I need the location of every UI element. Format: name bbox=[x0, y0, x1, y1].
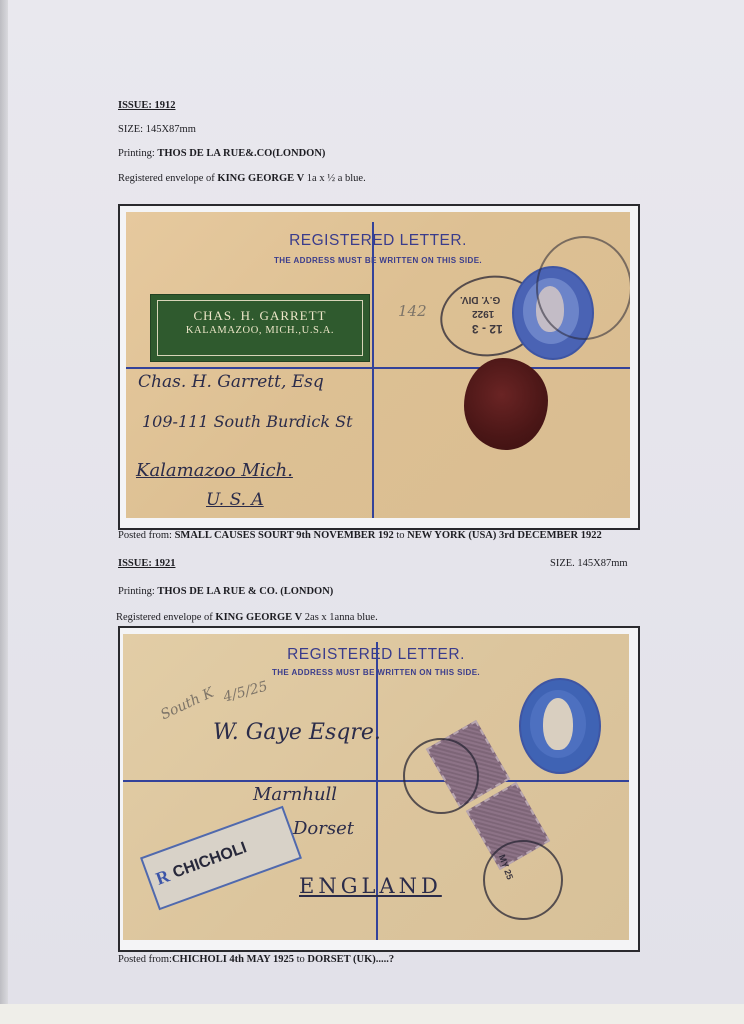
sender-label-border: CHAS. H. GARRETT KALAMAZOO, MICH.,U.S.A. bbox=[157, 300, 363, 356]
printing-label: Printing: bbox=[118, 148, 157, 159]
scan-edge bbox=[0, 0, 8, 1004]
registration-label: R CHICHOLI bbox=[140, 806, 302, 911]
address-line-1: W. Gaye Esqre. bbox=[213, 720, 381, 745]
posted-to: NEW YORK (USA) bbox=[407, 530, 496, 541]
envelope-1912: REGISTERED LETTER. THE ADDRESS MUST BE W… bbox=[126, 212, 630, 518]
blue-cross-horizontal bbox=[123, 780, 629, 782]
desc-bold: KING GEORGE V bbox=[215, 612, 302, 623]
issue-heading-1: ISSUE: 1912 bbox=[118, 100, 175, 111]
envelope-1921: REGISTERED LETTER. THE ADDRESS MUST BE W… bbox=[123, 634, 629, 940]
address-line-2: Marnhull bbox=[253, 784, 337, 805]
sender-name: CHAS. H. GARRETT bbox=[158, 308, 362, 324]
wax-seal bbox=[464, 358, 548, 450]
printing-value: THOS DE LA RUE & CO. (LONDON) bbox=[157, 586, 333, 597]
size-text-2: SIZE. 145X87mm bbox=[550, 558, 628, 569]
desc-suffix: 2as x 1anna blue. bbox=[302, 612, 378, 623]
printing-value: THOS DE LA RUE&.CO(LONDON) bbox=[157, 148, 325, 159]
printing-line-2: Printing: THOS DE LA RUE & CO. (LONDON) bbox=[118, 586, 333, 597]
pencil-note-2: 4/5/25 bbox=[222, 678, 270, 705]
address-line-3: Kalamazoo Mich. bbox=[136, 460, 293, 481]
king-george-portrait bbox=[543, 698, 573, 750]
address-line-2: 109-111 South Burdick St bbox=[142, 412, 353, 431]
issue-heading-2: ISSUE: 1921 bbox=[118, 558, 175, 569]
desc-prefix: Registered envelope of bbox=[118, 173, 217, 184]
posted-to-word: to bbox=[294, 954, 307, 965]
address-line-3: Dorset bbox=[293, 818, 354, 839]
posted-prefix: Posted from: bbox=[118, 530, 175, 541]
posted-arrival: 3rd DECEMBER 1922 bbox=[496, 530, 601, 541]
postmark-arrival-1 bbox=[403, 738, 479, 814]
postmark-date: 12 - 3 bbox=[472, 322, 503, 336]
posted-prefix: Posted from: bbox=[118, 954, 172, 965]
posted-from: SMALL CAUSES SOURT 9th NOVEMBER 192 bbox=[175, 530, 394, 541]
sender-label: CHAS. H. GARRETT KALAMAZOO, MICH.,U.S.A. bbox=[150, 294, 370, 362]
posted-from: CHICHOLI 4th MAY 1925 bbox=[172, 954, 294, 965]
printing-line-1: Printing: THOS DE LA RUE&.CO(LONDON) bbox=[118, 148, 325, 159]
posted-line-1: Posted from: SMALL CAUSES SOURT 9th NOVE… bbox=[118, 530, 602, 541]
size-text-1: SIZE: 145X87mm bbox=[118, 124, 196, 135]
posted-line-2: Posted from:CHICHOLI 4th MAY 1925 to DOR… bbox=[118, 954, 394, 965]
desc-bold: KING GEORGE V bbox=[217, 173, 304, 184]
scan-bottom-strip bbox=[0, 1004, 744, 1024]
address-line-4: U. S. A bbox=[206, 490, 264, 510]
posted-to-word: to bbox=[394, 530, 407, 541]
description-line-2: Registered envelope of KING GEORGE V 2as… bbox=[116, 612, 378, 623]
address-line-4: ENGLAND bbox=[299, 874, 442, 898]
desc-prefix: Registered envelope of bbox=[116, 612, 215, 623]
postmark-origin bbox=[536, 236, 630, 340]
postmark-arrival-2 bbox=[483, 840, 563, 920]
pencil-note-1: South K bbox=[158, 685, 216, 723]
pencil-note: 142 bbox=[398, 302, 427, 320]
sender-city: KALAMAZOO, MICH.,U.S.A. bbox=[158, 325, 362, 336]
registration-office: CHICHOLI bbox=[171, 839, 250, 882]
postmark-year: 1922 bbox=[472, 308, 494, 319]
blue-cross-vertical bbox=[372, 222, 374, 518]
description-line-1: Registered envelope of KING GEORGE V 1a … bbox=[118, 173, 366, 184]
posted-to: DORSET (UK).....? bbox=[307, 954, 394, 965]
address-line-1: Chas. H. Garrett, Esq bbox=[138, 372, 324, 392]
registration-r: R bbox=[153, 866, 172, 890]
printing-label: Printing: bbox=[118, 586, 157, 597]
blue-cross-horizontal bbox=[126, 367, 630, 369]
desc-suffix: 1a x ½ a blue. bbox=[304, 173, 366, 184]
postmark-line-division: G.Y. DIV. bbox=[460, 294, 500, 305]
